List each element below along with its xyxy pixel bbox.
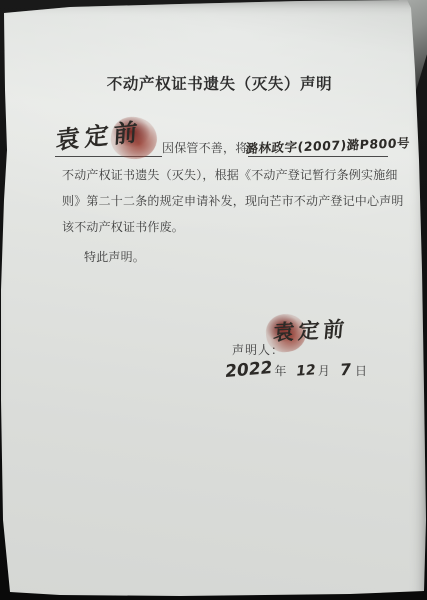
closing-statement: 特此声明。	[84, 248, 145, 265]
handwritten-certificate-number: 潞林政字(2007)潞P800号	[245, 133, 411, 157]
photo-background: 不动产权证书遗失（灭失）声明 袁定前 因保管不善，将 潞林政字(2007)潞P8…	[0, 0, 427, 600]
body-line-3: 则》第二十二条的规定申请补发，现向芒市不动产登记中心声明	[62, 192, 404, 209]
handwritten-year: 2022	[224, 358, 273, 382]
certificate-number-blank: 潞林政字(2007)潞P800号	[248, 140, 388, 157]
declarant-line: 声明人： 袁定前	[232, 341, 284, 359]
date-line: 2022 年 12 月 7 日	[225, 360, 367, 380]
body-line-1-text: 因保管不善，将	[162, 139, 247, 157]
body-line-1: 袁定前 因保管不善，将 潞林政字(2007)潞P800号	[55, 139, 388, 157]
handwritten-signature-bottom: 袁定前	[272, 313, 350, 347]
year-label: 年	[274, 362, 286, 379]
document-title: 不动产权证书遗失（灭失）声明	[20, 72, 419, 94]
handwritten-day: 7	[339, 360, 352, 380]
signature-blank: 袁定前	[55, 140, 162, 157]
day-label: 日	[355, 362, 367, 379]
month-label: 月	[318, 362, 330, 379]
handwritten-month: 12	[296, 362, 317, 380]
body-line-2: 不动产权证书遗失（灭失），根据《不动产登记暂行条例实施细	[62, 166, 398, 183]
body-line-4: 该不动产权证书作废。	[62, 218, 184, 235]
declaration-document: 不动产权证书遗失（灭失）声明 袁定前 因保管不善，将 潞林政字(2007)潞P8…	[0, 0, 427, 600]
